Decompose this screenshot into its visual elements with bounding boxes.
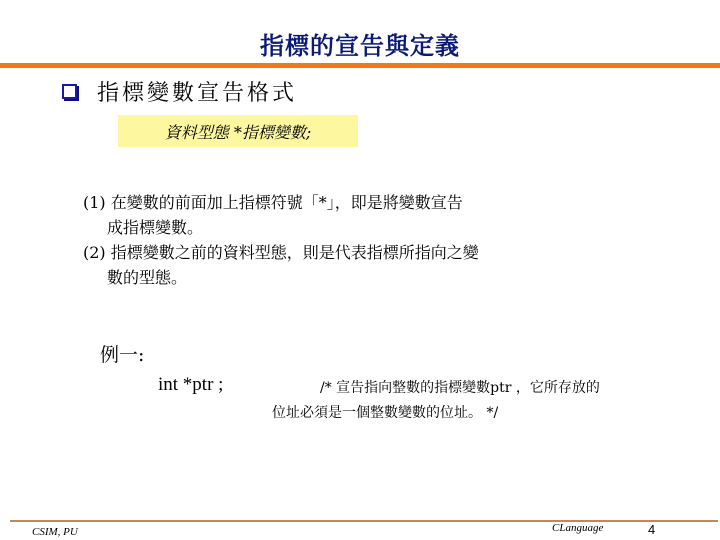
example-comment-line2: 位址必須是一個整數變數的位址。 */ xyxy=(272,402,498,422)
notes-block: (1) 在變數的前面加上指標符號「*」，即是將變數宣告 成指標變數。 (2) 指… xyxy=(83,190,479,290)
note-2: (2) 指標變數之前的資料型態，則是代表指標所指向之變 xyxy=(83,240,479,265)
footer-divider xyxy=(10,520,718,522)
slide-title: 指標的宣告與定義 xyxy=(0,26,720,61)
footer-org: CSIM, PU xyxy=(32,526,78,538)
footer-course: CLanguage xyxy=(552,522,603,534)
example-code: int *ptr ; xyxy=(158,374,223,396)
title-divider xyxy=(0,63,720,68)
note-1: (1) 在變數的前面加上指標符號「*」，即是將變數宣告 xyxy=(83,190,479,215)
section-heading: 指標變數宣告格式 xyxy=(62,76,297,107)
page-number: 4 xyxy=(648,522,655,537)
syntax-box: 資料型態 *指標變數; xyxy=(118,115,358,147)
note-2-cont: 數的型態。 xyxy=(83,265,479,290)
example-label: 例一: xyxy=(100,340,144,367)
example-comment-line1: /* 宣告指向整數的指標變數ptr ，它所存放的 xyxy=(320,377,600,397)
checkbox-bullet-icon xyxy=(62,84,77,99)
heading-text: 指標變數宣告格式 xyxy=(97,76,297,107)
note-1-cont: 成指標變數。 xyxy=(83,215,479,240)
